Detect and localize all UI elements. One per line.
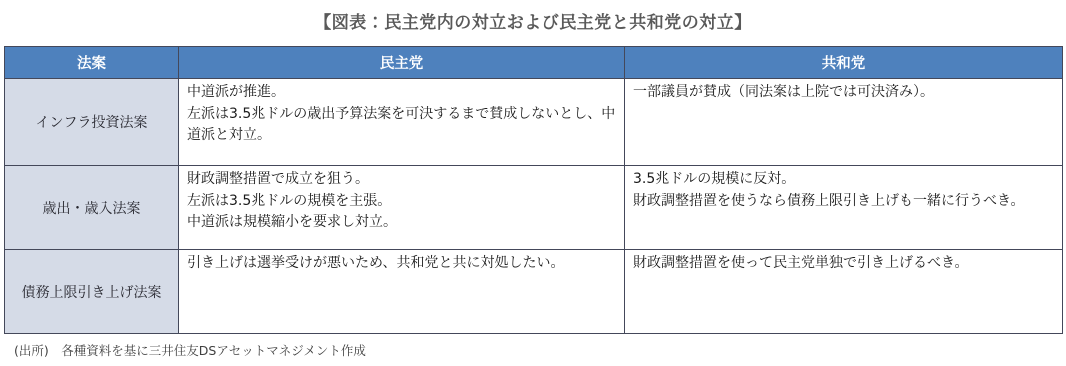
figure-canvas: 【図表：民主党内の対立および民主党と共和党の対立】 法案 民主党 共和党 インフ… <box>0 0 1066 366</box>
column-header-bill: 法案 <box>5 47 179 79</box>
table-row-debt-ceiling-bill: 債務上限引き上げ法案 引き上げは選挙受けが悪いため、共和党と共に対処したい。 財… <box>5 250 1063 334</box>
comparison-table: 法案 民主党 共和党 インフラ投資法案 中道派が推進。 左派は3.5兆ドルの歳出… <box>4 46 1063 334</box>
republican-position-cell: 3.5兆ドルの規模に反対。 財政調整措置を使うなら債務上限引き上げも一緒に行うべ… <box>625 166 1063 250</box>
column-header-republican: 共和党 <box>625 47 1063 79</box>
bill-name-cell: 債務上限引き上げ法案 <box>5 250 179 334</box>
source-note: (出所) 各種資料を基に三井住友DSアセットマネジメント作成 <box>14 341 366 359</box>
republican-position-cell: 一部議員が賛成（同法案は上院では可決済み）。 <box>625 79 1063 166</box>
table-row-spending-revenue-bill: 歳出・歳入法案 財政調整措置で成立を狙う。 左派は3.5兆ドルの規模を主張。 中… <box>5 166 1063 250</box>
figure-title: 【図表：民主党内の対立および民主党と共和党の対立】 <box>0 8 1066 33</box>
bill-name-cell: インフラ投資法案 <box>5 79 179 166</box>
bill-name-cell: 歳出・歳入法案 <box>5 166 179 250</box>
democrat-position-cell: 財政調整措置で成立を狙う。 左派は3.5兆ドルの規模を主張。 中道派は規模縮小を… <box>179 166 625 250</box>
table-header-row: 法案 民主党 共和党 <box>5 47 1063 79</box>
republican-position-cell: 財政調整措置を使って民主党単独で引き上げるべき。 <box>625 250 1063 334</box>
democrat-position-cell: 引き上げは選挙受けが悪いため、共和党と共に対処したい。 <box>179 250 625 334</box>
table-row-infrastructure-bill: インフラ投資法案 中道派が推進。 左派は3.5兆ドルの歳出予算法案を可決するまで… <box>5 79 1063 166</box>
column-header-democrat: 民主党 <box>179 47 625 79</box>
democrat-position-cell: 中道派が推進。 左派は3.5兆ドルの歳出予算法案を可決するまで賛成しないとし、中… <box>179 79 625 166</box>
